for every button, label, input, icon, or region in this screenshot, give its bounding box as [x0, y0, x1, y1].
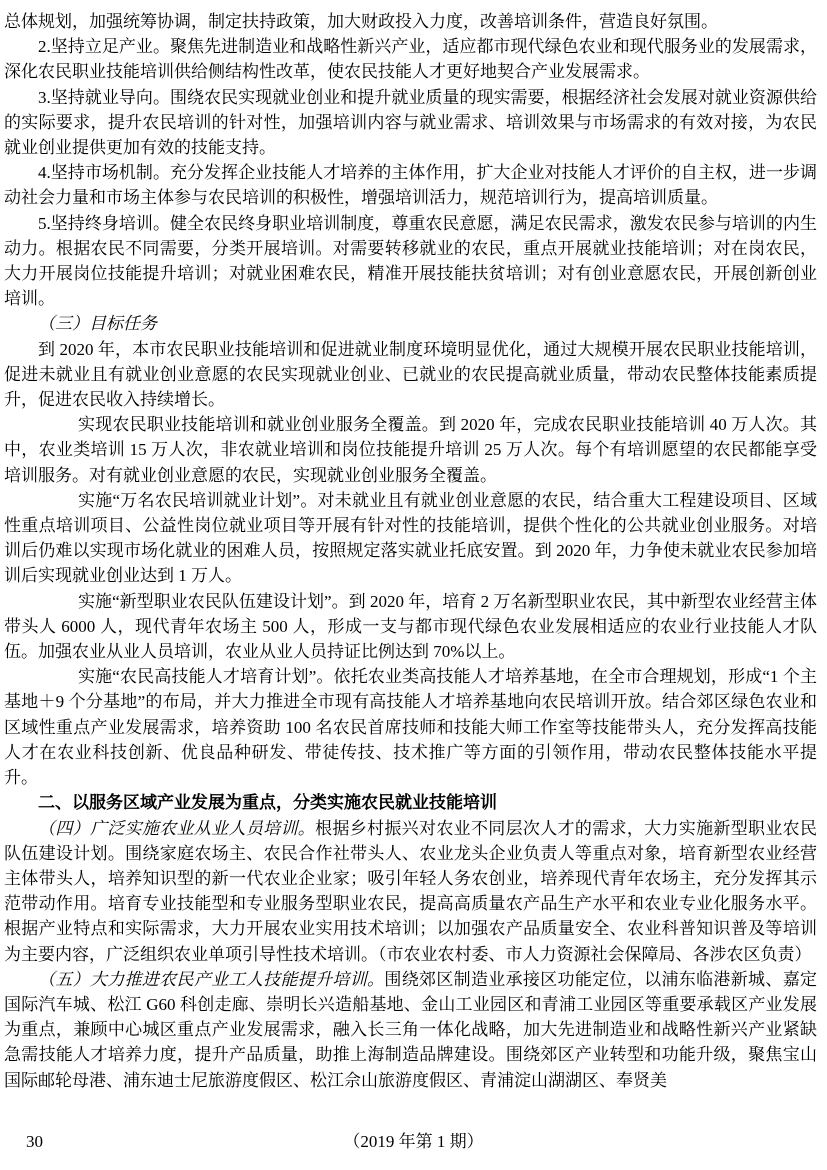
- heading-part-2-regional-industry: 二、以服务区域产业发展为重点，分类实施农民就业技能培训: [4, 790, 817, 815]
- paragraph-goals-overview: 到 2020 年，本市农民职业技能培训和促进就业制度环境明显优化，通过大规模开展…: [4, 337, 817, 413]
- paragraph-plan-full-coverage: 实现农民职业技能培训和就业创业服务全覆盖。到 2020 年，完成农民职业技能培训…: [4, 412, 817, 488]
- paragraph-principle-2-industry: 2.坚持立足产业。聚焦先进制造业和战略性新兴产业，适应都市现代绿色农业和现代服务…: [4, 34, 817, 84]
- item-4-lead-heading: （四）广泛实施农业从业人员培训。: [38, 819, 315, 838]
- paragraph-plan-high-skill-talents: 实施“农民高技能人才培育计划”。依托农业类高技能人才培养基地，在全市合理规划，形…: [4, 664, 817, 790]
- paragraph-principle-3-employment: 3.坚持就业导向。围绕农民实现就业创业和提升就业质量的现实需要，根据经济社会发展…: [4, 85, 817, 161]
- document-page: 总体规划，加强统筹协调，制定扶持政策，加大财政投入力度，改善培训条件，营造良好氛…: [0, 0, 827, 1170]
- page-number: 30: [26, 1129, 43, 1154]
- issue-label: （2019 年第 1 期）: [0, 1129, 827, 1154]
- paragraph-continuation: 总体规划，加强统筹协调，制定扶持政策，加大财政投入力度，改善培训条件，营造良好氛…: [4, 9, 817, 34]
- paragraph-principle-4-market: 4.坚持市场机制。充分发挥企业技能人才培养的主体作用，扩大企业对技能人才评价的自…: [4, 160, 817, 210]
- item-4-body-text: 根据乡村振兴对农业不同层次人才的需求，大力实施新型职业农民队伍建设计划。围绕家庭…: [4, 819, 817, 964]
- paragraph-principle-5-lifelong: 5.坚持终身培训。健全农民终身职业培训制度，尊重农民意愿，满足农民需求，激发农民…: [4, 211, 817, 312]
- paragraph-item-4-agricultural-workers-training: （四）广泛实施农业从业人员培训。根据乡村振兴对农业不同层次人才的需求，大力实施新…: [4, 816, 817, 967]
- document-content: 总体规划，加强统筹协调，制定扶持政策，加大财政投入力度，改善培训条件，营造良好氛…: [4, 9, 817, 1093]
- page-footer: 30 （2019 年第 1 期）: [0, 1129, 827, 1154]
- heading-section-3-goal-tasks: （三）目标任务: [4, 311, 817, 336]
- paragraph-plan-ten-thousand-farmers: 实施“万名农民培训就业计划”。对未就业且有就业创业意愿的农民，结合重大工程建设项…: [4, 488, 817, 589]
- paragraph-plan-new-professional-farmers: 实施“新型职业农民队伍建设计划”。到 2020 年，培育 2 万名新型职业农民，…: [4, 589, 817, 665]
- item-5-lead-heading: （五）大力推进农民产业工人技能提升培训。: [38, 970, 384, 989]
- paragraph-item-5-industrial-workers-training: （五）大力推进农民产业工人技能提升培训。围绕郊区制造业承接区功能定位，以浦东临港…: [4, 967, 817, 1093]
